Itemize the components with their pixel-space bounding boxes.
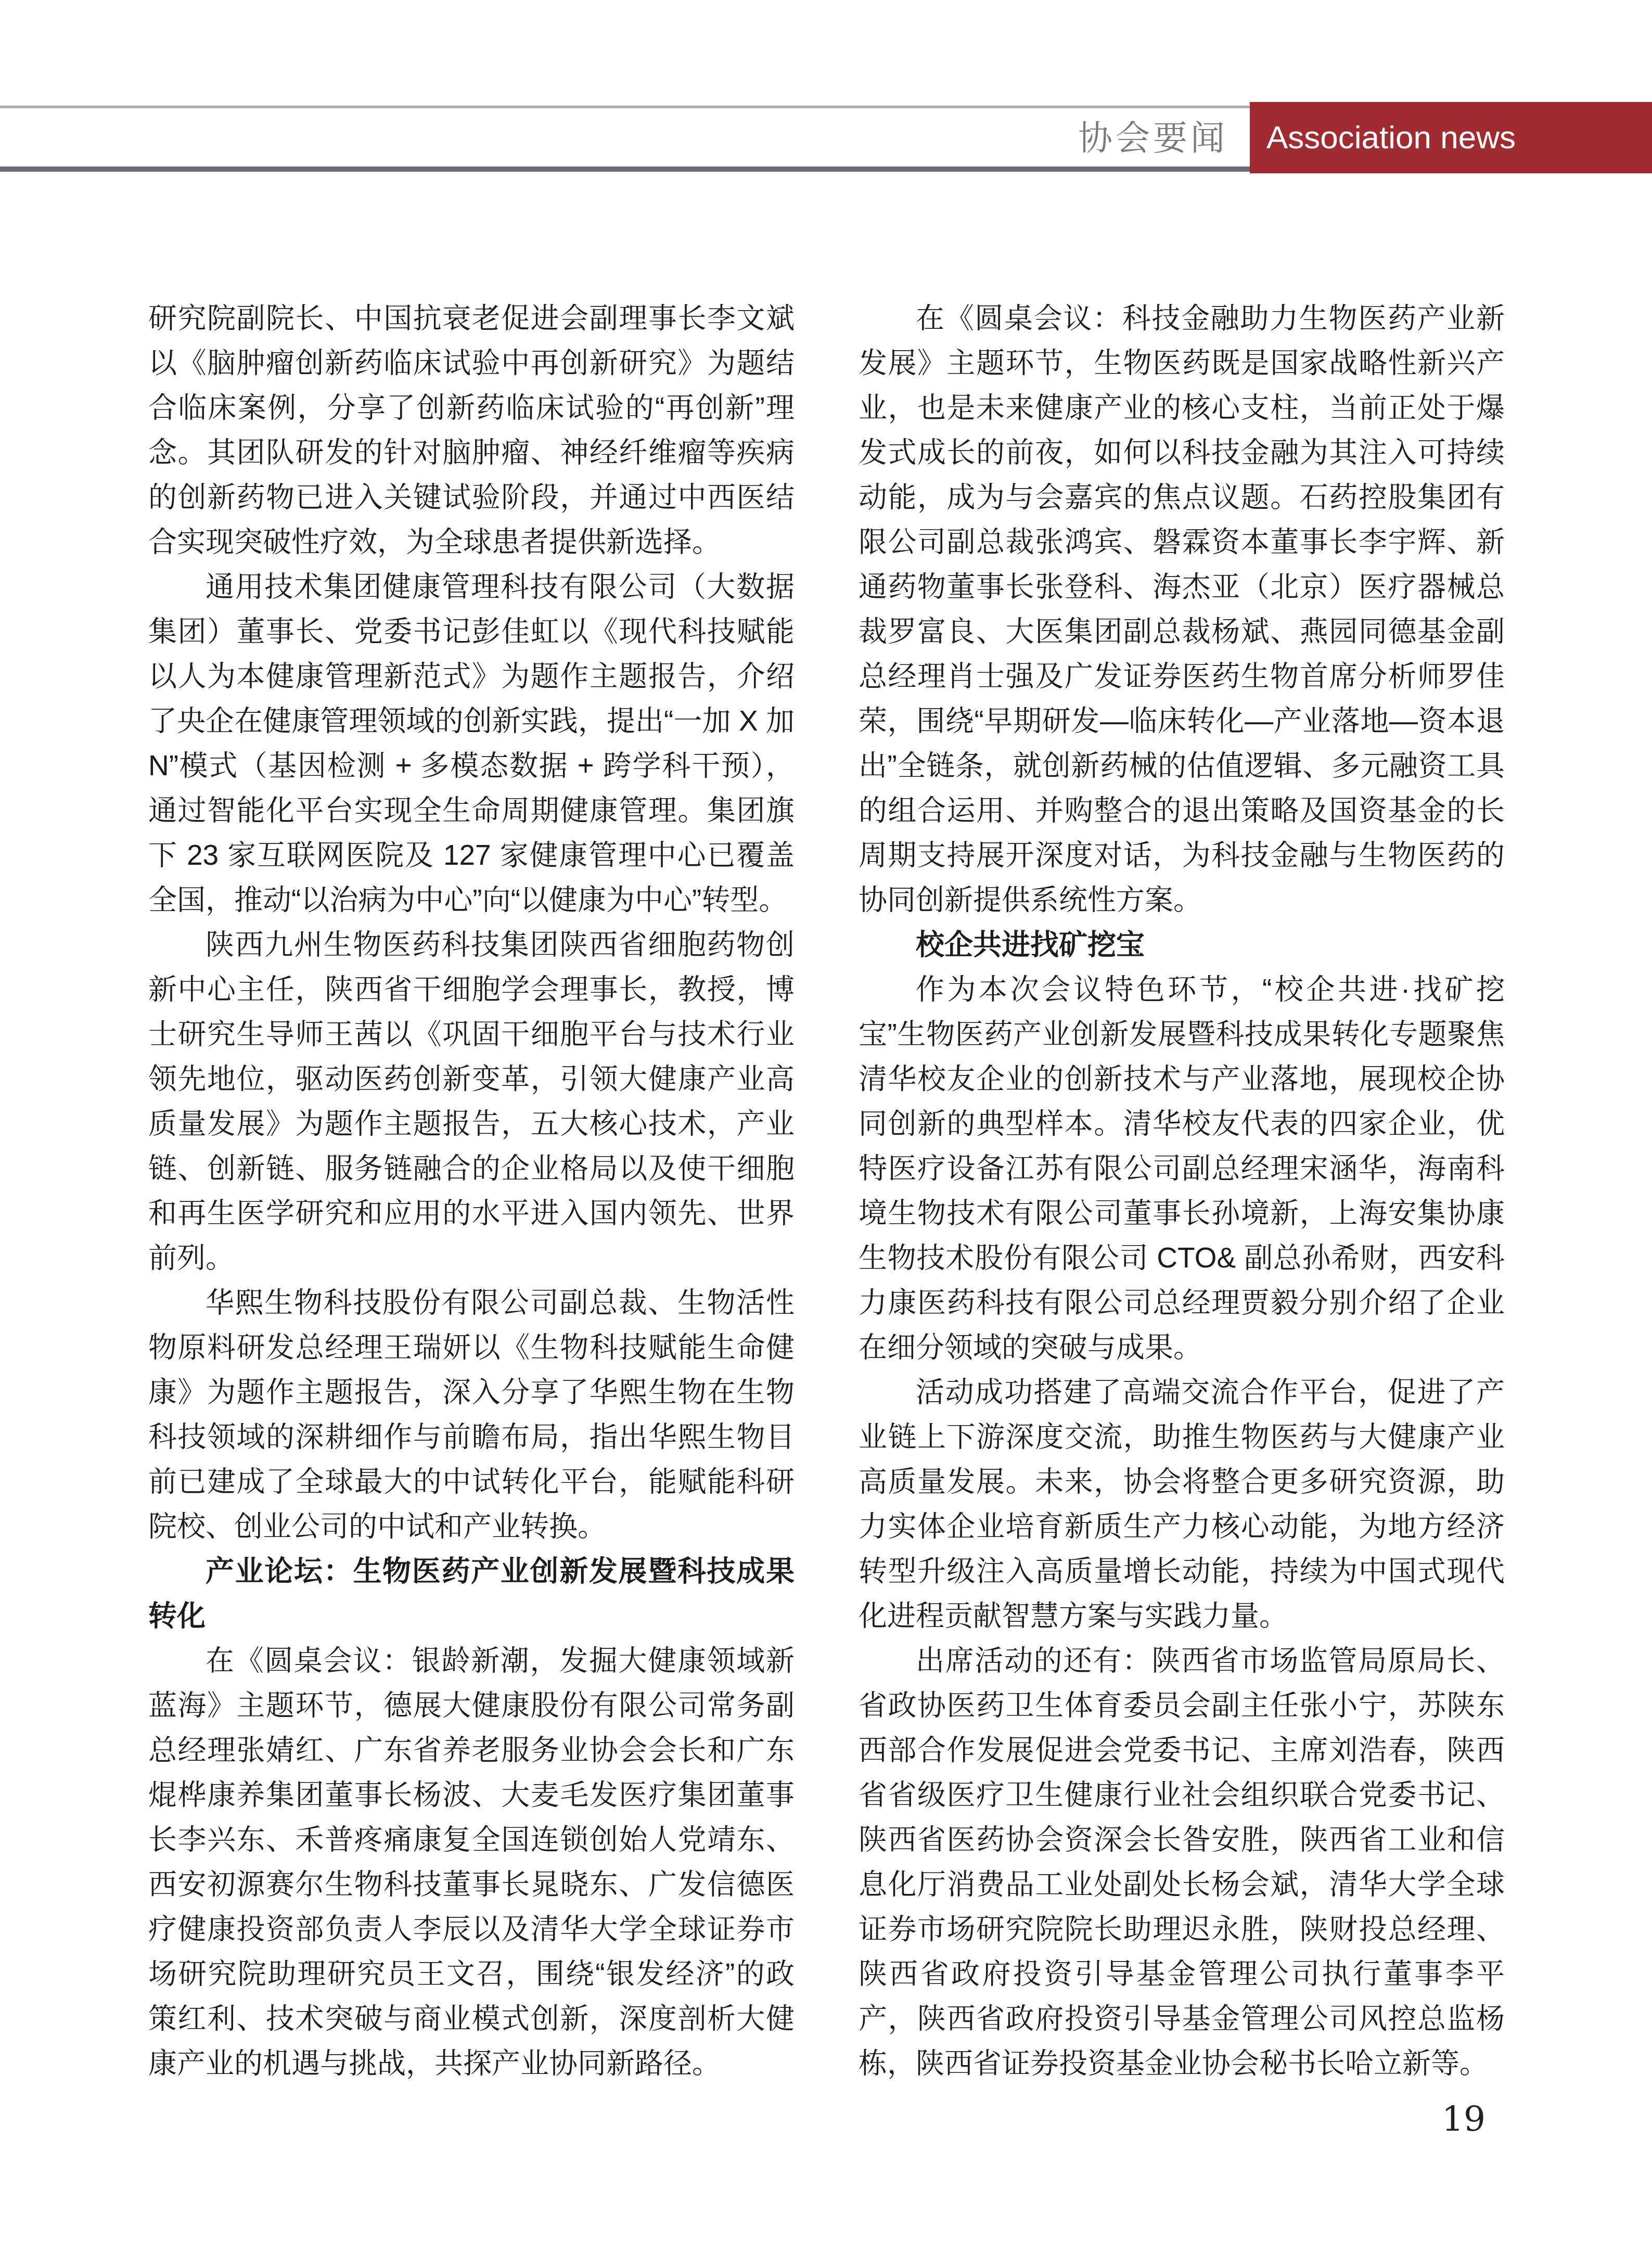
- right-column: 在《圆桌会议：科技金融助力生物医药产业新发展》主题环节，生物医药既是国家战略性新…: [859, 296, 1505, 2085]
- body-paragraph: 陕西九州生物医药科技集团陕西省细胞药物创新中心主任，陕西省干细胞学会理事长，教授…: [148, 922, 795, 1280]
- body-paragraph: 通用技术集团健康管理科技有限公司（大数据集团）董事长、党委书记彭佳虹以《现代科技…: [148, 564, 795, 922]
- body-paragraph: 在《圆桌会议：银龄新潮，发掘大健康领域新蓝海》主题环节，德展大健康股份有限公司常…: [148, 1638, 795, 2085]
- body-paragraph: 华熙生物科技股份有限公司副总裁、生物活性物原料研发总经理王瑞妍以《生物科技赋能生…: [148, 1280, 795, 1548]
- body-paragraph: 作为本次会议特色环节，“校企共进·找矿挖宝”生物医药产业创新发展暨科技成果转化专…: [859, 967, 1505, 1369]
- section-title-zh: 协会要闻: [0, 121, 1228, 155]
- section-heading: 校企共进找矿挖宝: [859, 922, 1505, 967]
- page-number: 19: [1417, 2102, 1510, 2136]
- header-bottom-rule: [0, 166, 1250, 172]
- left-column: 研究院副院长、中国抗衰老促进会副理事长李文斌以《脑肿瘤创新药临床试验中再创新研究…: [148, 296, 795, 2085]
- body-paragraph: 活动成功搭建了高端交流合作平台，促进了产业链上下游深度交流，助推生物医药与大健康…: [859, 1369, 1505, 1638]
- magazine-page: 协会要闻 Association news 研究院副院长、中国抗衰老促进会副理事…: [0, 0, 1652, 2242]
- section-title-en: Association news: [1266, 122, 1516, 154]
- body-paragraph: 出席活动的还有：陕西省市场监管局原局长、省政协医药卫生体育委员会副主任张小宁，苏…: [859, 1638, 1505, 2085]
- header-top-hairline: [0, 106, 1250, 108]
- body-paragraph: 在《圆桌会议：科技金融助力生物医药产业新发展》主题环节，生物医药既是国家战略性新…: [859, 296, 1505, 922]
- association-banner: Association news: [1250, 102, 1652, 173]
- body-paragraph: 研究院副院长、中国抗衰老促进会副理事长李文斌以《脑肿瘤创新药临床试验中再创新研究…: [148, 296, 795, 564]
- section-heading: 产业论坛：生物医药产业创新发展暨科技成果转化: [148, 1548, 795, 1638]
